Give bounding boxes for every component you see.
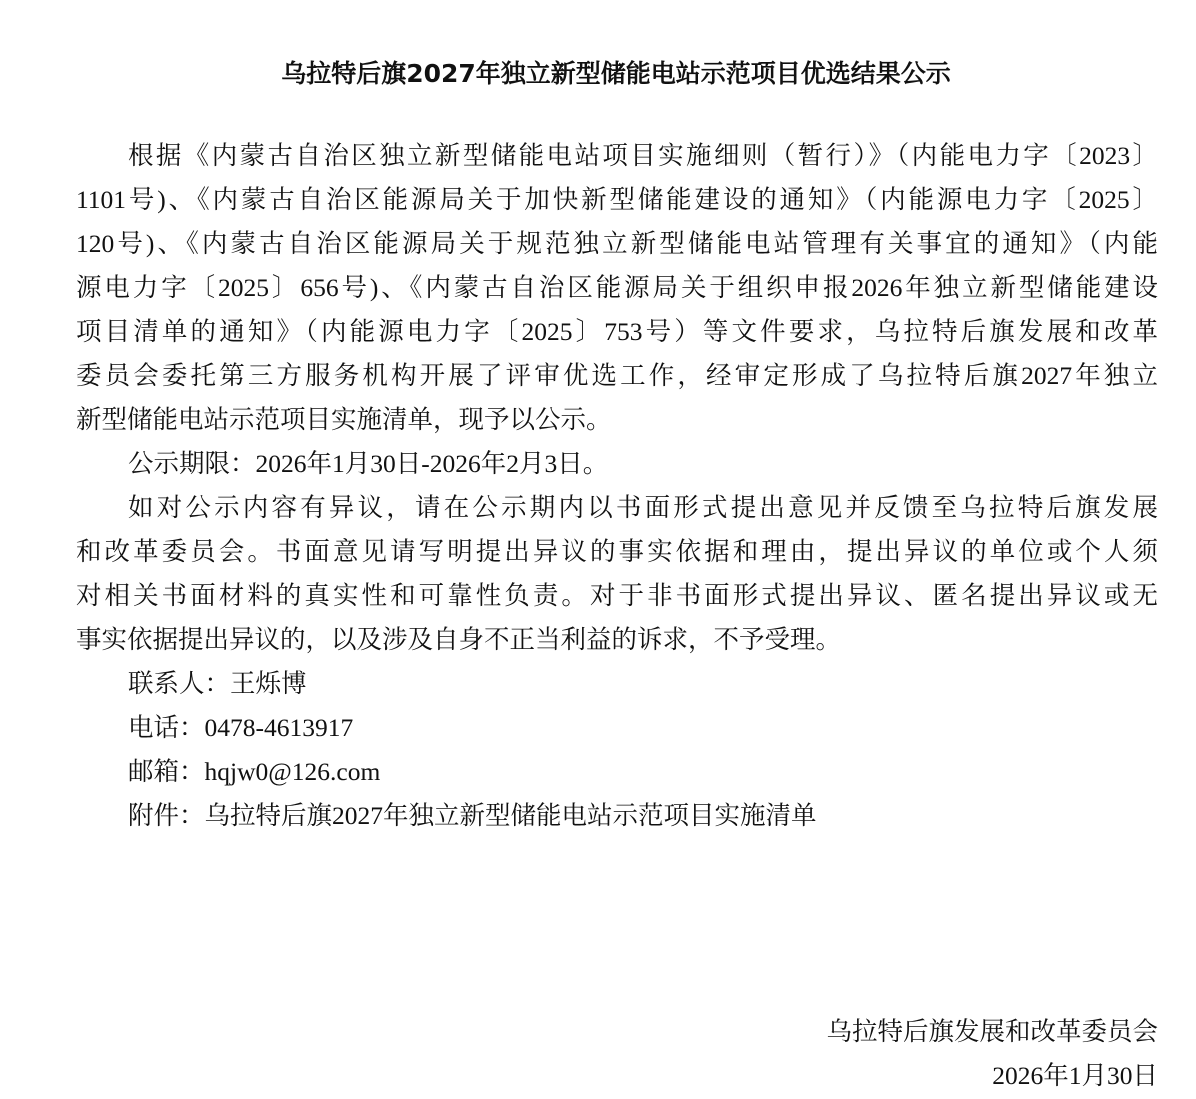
signature-date: 2026年1月30日	[826, 1054, 1158, 1098]
paragraph-line: 如对公示内容有异议，请在公示期内以书面形式提出意见并反馈至乌拉特后旗发展	[76, 486, 1158, 530]
contact-email-value: hqjw0@126.com	[205, 757, 381, 786]
paragraph-line: 委员会委托第三方服务机构开展了评审优选工作，经审定形成了乌拉特后旗2027年独立	[76, 354, 1158, 398]
paragraph-line: 新型储能电站示范项目实施清单，现予以公示。	[76, 398, 1158, 442]
paragraph-period: 公示期限：2026年1月30日-2026年2月3日。	[76, 442, 1158, 486]
contact-email-label: 邮箱：	[128, 757, 205, 786]
contact-phone-label: 电话：	[128, 713, 205, 742]
contact-person-label: 联系人：	[128, 669, 230, 698]
attachment-link[interactable]: 乌拉特后旗2027年独立新型储能电站示范项目实施清单	[205, 801, 817, 830]
paragraph-line: 事实依据提出异议的，以及涉及自身不正当利益的诉求，不予受理。	[76, 618, 1158, 662]
paragraph-line: 项目清单的通知》（内能源电力字〔2025〕753号）等文件要求，乌拉特后旗发展和…	[76, 310, 1158, 354]
paragraph-line: 源电力字〔2025〕656号)、《内蒙古自治区能源局关于组织申报2026年独立新…	[76, 266, 1158, 310]
signature-block: 乌拉特后旗发展和改革委员会 2026年1月30日	[826, 1010, 1158, 1098]
document-body: 根据《内蒙古自治区独立新型储能电站项目实施细则（暂行）》（内能电力字〔2023〕…	[76, 134, 1158, 838]
publicity-period: 公示期限：2026年1月30日-2026年2月3日。	[76, 442, 1158, 486]
paragraph-basis: 根据《内蒙古自治区独立新型储能电站项目实施细则（暂行）》（内能电力字〔2023〕…	[76, 134, 1158, 442]
attachment-label: 附件：	[128, 801, 205, 830]
document-title: 乌拉特后旗2027年独立新型储能电站示范项目优选结果公示	[0, 52, 1196, 96]
paragraph-line: 120号)、《内蒙古自治区能源局关于规范独立新型储能电站管理有关事宜的通知》（内…	[76, 222, 1158, 266]
signature-organization: 乌拉特后旗发展和改革委员会	[826, 1010, 1158, 1054]
contact-phone: 电话：0478-4613917	[76, 706, 1158, 750]
contact-person-value: 王烁博	[230, 669, 307, 698]
contact-person: 联系人：王烁博	[76, 662, 1158, 706]
contact-phone-value: 0478-4613917	[205, 713, 354, 742]
paragraph-objection: 如对公示内容有异议，请在公示期内以书面形式提出意见并反馈至乌拉特后旗发展 和改革…	[76, 486, 1158, 662]
contact-email: 邮箱：hqjw0@126.com	[76, 750, 1158, 794]
paragraph-line: 1101号)、《内蒙古自治区能源局关于加快新型储能建设的通知》（内能源电力字〔2…	[76, 178, 1158, 222]
paragraph-line: 根据《内蒙古自治区独立新型储能电站项目实施细则（暂行）》（内能电力字〔2023〕	[76, 134, 1158, 178]
contact-block: 联系人：王烁博 电话：0478-4613917 邮箱：hqjw0@126.com…	[76, 662, 1158, 838]
paragraph-line: 对相关书面材料的真实性和可靠性负责。对于非书面形式提出异议、匿名提出异议或无	[76, 574, 1158, 618]
paragraph-line: 和改革委员会。书面意见请写明提出异议的事实依据和理由，提出异议的单位或个人须	[76, 530, 1158, 574]
attachment: 附件：乌拉特后旗2027年独立新型储能电站示范项目实施清单	[76, 794, 1158, 838]
